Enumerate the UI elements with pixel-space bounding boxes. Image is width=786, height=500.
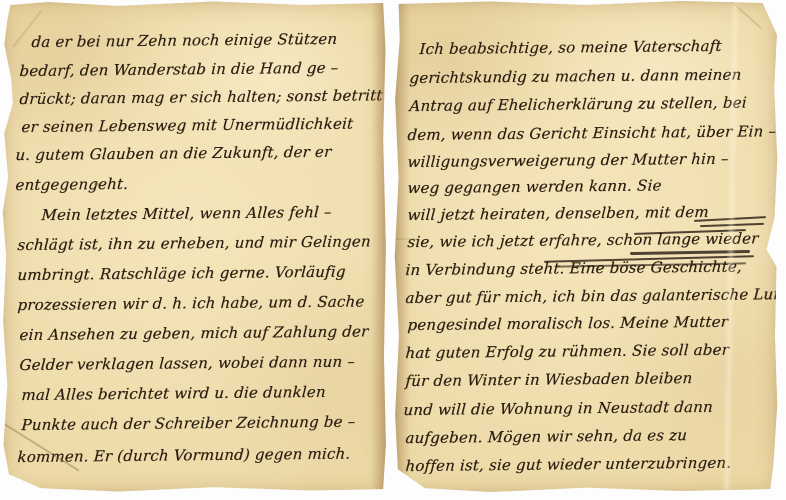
- handwriting-line: schlägt ist, ihn zu erheben, und mir Gel…: [17, 232, 371, 254]
- handwriting-line: Punkte auch der Schreiber Zeichnung be –: [21, 413, 356, 435]
- handwriting-line: aber gut für mich, ich bin das galanteri…: [405, 285, 778, 308]
- letter-left-page: da er bei nur Zehn noch einige Stützen b…: [2, 0, 387, 494]
- handwriting-line: ein Ansehen zu geben, mich auf Zahlung d…: [19, 322, 369, 344]
- handwriting-line: umbringt. Ratschläge ich gerne. Vorläufi…: [17, 263, 346, 285]
- handwriting-line: da er bei nur Zehn noch einige Stützen: [31, 30, 338, 52]
- handwriting-line: mal Alles berichtet wird u. die dunklen: [21, 383, 326, 405]
- center-fold-shadow: [371, 0, 387, 494]
- handwriting-line: bedarf, den Wanderstab in die Hand ge –: [19, 59, 339, 81]
- handwriting-line: prozessieren wir d. h. ich habe, um d. S…: [17, 292, 365, 314]
- handwriting-line: er seinen Lebensweg mit Unermüdlichkeit: [21, 115, 354, 137]
- letter-right-page: Ich beabsichtige, so meine Vaterschaft g…: [394, 0, 778, 494]
- letter-scan: da er bei nur Zehn noch einige Stützen b…: [0, 0, 786, 500]
- handwriting-line: willigungsverweigerung der Mutter hin –: [407, 150, 729, 172]
- handwriting-line: aufgeben. Mögen wir sehn, da es zu: [405, 426, 688, 448]
- handwriting-line: Antrag auf Ehelicherklärung zu stellen, …: [409, 93, 747, 115]
- handwriting-line: will jetzt heiraten, denselben, mit dem: [407, 203, 709, 225]
- handwriting-line: und will die Wohnung in Neustadt dann: [403, 398, 714, 420]
- handwriting-line: hat guten Erfolg zu rühmen. Sie soll abe…: [405, 341, 730, 363]
- handwriting-line: entgegengeht.: [15, 175, 129, 195]
- center-fold-shadow: [394, 0, 410, 494]
- handwriting-line: pengesindel moralisch los. Meine Mutter: [407, 313, 729, 335]
- handwriting-line: sie, wie ich jetzt erfahre, schon lange …: [407, 229, 759, 251]
- handwriting-line: Ich beabsichtige, so meine Vaterschaft: [419, 37, 722, 59]
- handwriting-line: drückt; daran mag er sich halten; sonst …: [19, 86, 383, 109]
- folded-corner-crease: [722, 0, 762, 29]
- paper-stain: [94, 182, 99, 186]
- handwriting-line: dem, wenn das Gericht Einsicht hat, über…: [407, 122, 777, 145]
- handwriting-line: weg gegangen werden kann. Sie: [407, 176, 662, 197]
- handwriting-line: u. gutem Glauben an die Zukunft, der er: [15, 143, 332, 165]
- paper-crease: [394, 238, 420, 240]
- handwriting-line: hoffen ist, sie gut wieder unterzubringe…: [405, 454, 732, 476]
- handwriting-line: gerichtskundig zu machen u. dann meinen: [409, 66, 742, 88]
- handwriting-line: für den Winter in Wiesbaden bleiben: [405, 369, 693, 391]
- handwriting-line: Mein letztes Mittel, wenn Alles fehl –: [41, 203, 332, 225]
- handwriting-line: Gelder verklagen lassen, wobei dann nun …: [19, 352, 356, 374]
